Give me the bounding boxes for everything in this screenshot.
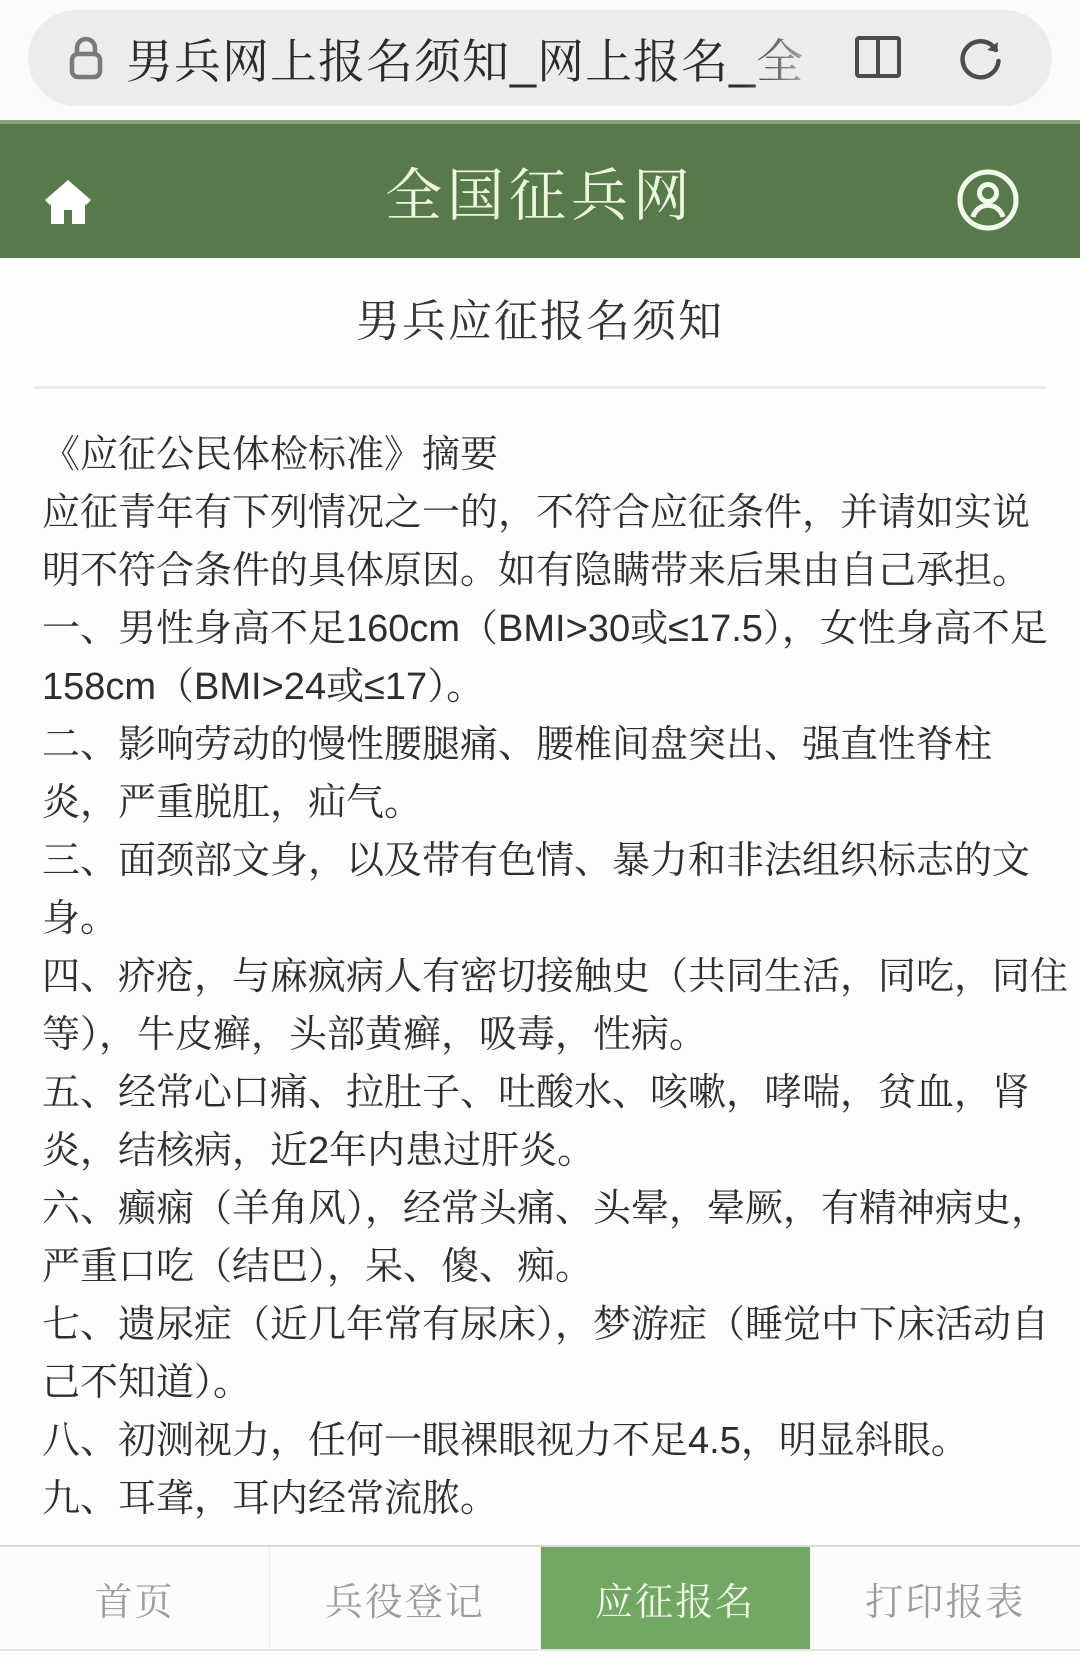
notice-text-line: 五、经常心口痛、拉肚子、吐酸水、咳嗽，哮喘，贫血，肾 bbox=[42, 1064, 1050, 1122]
notice-text-line: 一、男性身高不足160cm（BMI>30或≤17.5），女性身高不足 bbox=[42, 600, 1050, 658]
app-title: 全国征兵网 bbox=[385, 150, 695, 232]
notice-text-line: 158cm（BMI>24或≤17）。 bbox=[42, 658, 1050, 716]
notice-text-line: 严重口吃（结巴），呆、傻、痴。 bbox=[42, 1238, 1050, 1296]
tabbar: 首页兵役登记应征报名打印报表 bbox=[0, 1545, 1080, 1651]
notice-body: 《应征公民体检标准》摘要应征青年有下列情况之一的，不符合应征条件，并请如实说明不… bbox=[42, 426, 1050, 1528]
tab-enlistment-application[interactable]: 应征报名 bbox=[541, 1547, 811, 1649]
notice-text-line: 等），牛皮癣，头部黄癣，吸毒，性病。 bbox=[42, 1006, 1050, 1064]
screen: 男兵网上报名须知_网上报名_全 bbox=[0, 0, 1080, 1662]
notice-text-line: 炎，严重脱肛，疝气。 bbox=[42, 774, 1050, 832]
url-title: 男兵网上报名须知_网上报名_全 bbox=[126, 25, 804, 92]
reader-icon[interactable] bbox=[854, 35, 902, 81]
tab-service-registration[interactable]: 兵役登记 bbox=[270, 1547, 540, 1649]
browser-chrome: 男兵网上报名须知_网上报名_全 bbox=[0, 0, 1080, 120]
lock-icon bbox=[68, 35, 104, 81]
home-icon bbox=[42, 176, 94, 228]
notice-text-line: 二、影响劳动的慢性腰腿痛、腰椎间盘突出、强直性脊柱 bbox=[42, 716, 1050, 774]
notice-text-line: 炎，结核病，近2年内患过肝炎。 bbox=[42, 1122, 1050, 1180]
notice-text-line: 《应征公民体检标准》摘要 bbox=[42, 426, 1050, 484]
notice-text-line: 身。 bbox=[42, 890, 1050, 948]
notice-text-line: 九、耳聋，耳内经常流脓。 bbox=[42, 1470, 1050, 1528]
app-header: 全国征兵网 bbox=[0, 120, 1080, 258]
refresh-icon[interactable] bbox=[958, 35, 1004, 81]
notice-text-line: 七、遗尿症（近几年常有尿床），梦游症（睡觉中下床活动自 bbox=[42, 1296, 1050, 1354]
url-bar[interactable]: 男兵网上报名须知_网上报名_全 bbox=[28, 10, 1052, 106]
tab-home[interactable]: 首页 bbox=[0, 1547, 270, 1649]
profile-icon bbox=[956, 168, 1020, 232]
profile-button[interactable] bbox=[956, 168, 1020, 232]
notice-title: 男兵应征报名须知 bbox=[0, 296, 1080, 348]
notice-text-line: 四、疥疮，与麻疯病人有密切接触史（共同生活，同吃，同住 bbox=[42, 948, 1050, 1006]
notice-text-line: 己不知道）。 bbox=[42, 1354, 1050, 1412]
url-title-wrap: 男兵网上报名须知_网上报名_全 bbox=[126, 10, 854, 106]
notice-text-line: 明不符合条件的具体原因。如有隐瞒带来后果由自己承担。 bbox=[42, 542, 1050, 600]
notice-text-line: 应征青年有下列情况之一的，不符合应征条件，并请如实说 bbox=[42, 484, 1050, 542]
divider bbox=[34, 386, 1046, 389]
notice-text-line: 六、癫痫（羊角风），经常头痛、头晕，晕厥，有精神病史， bbox=[42, 1180, 1050, 1238]
tab-print-report[interactable]: 打印报表 bbox=[811, 1547, 1080, 1649]
notice-text-line: 八、初测视力，任何一眼裸眼视力不足4.5，明显斜眼。 bbox=[42, 1412, 1050, 1470]
home-button[interactable] bbox=[42, 176, 94, 228]
notice-text-line: 三、面颈部文身，以及带有色情、暴力和非法组织标志的文 bbox=[42, 832, 1050, 890]
